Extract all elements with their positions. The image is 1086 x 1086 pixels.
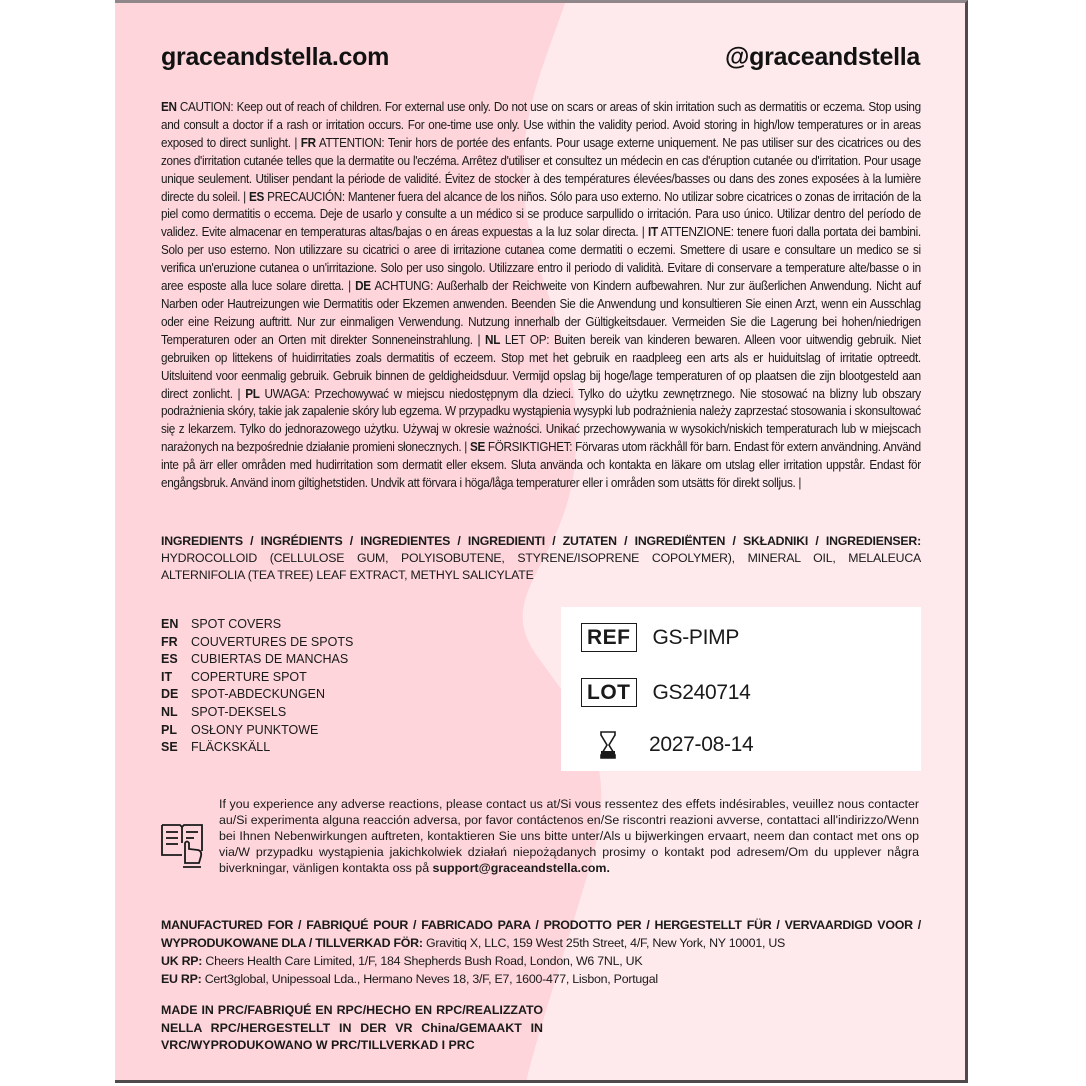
expiry-date: 2027-08-14 bbox=[649, 733, 753, 757]
manufactured-for-line-2: WYPRODUKOWANE DLA / TILLVERKAD FÖR: Grav… bbox=[161, 936, 785, 950]
ingredients-line-2: ALTERNIFOLIA (TEA TREE) LEAF EXTRACT, ME… bbox=[161, 568, 534, 582]
lot-value: GS240714 bbox=[653, 681, 751, 705]
social-handle[interactable]: @graceandstella bbox=[725, 43, 920, 72]
hourglass-icon bbox=[581, 731, 635, 759]
product-name-row: DESPOT-ABDECKUNGEN bbox=[161, 686, 353, 704]
product-name-row: FRCOUVERTURES DE SPOTS bbox=[161, 634, 353, 652]
ref-row: REF GS-PIMP bbox=[581, 623, 739, 652]
ref-symbol: REF bbox=[581, 623, 637, 652]
product-name-row: ESCUBIERTAS DE MANCHAS bbox=[161, 651, 353, 669]
adverse-reactions-text: If you experience any adverse reactions,… bbox=[219, 796, 919, 876]
ref-value: GS-PIMP bbox=[653, 626, 740, 650]
made-in-section: MADE IN PRC/FABRIQUÉ EN RPC/HECHO EN RPC… bbox=[161, 1002, 543, 1055]
made-in-line-1: MADE IN PRC/FABRIQUÉ EN RPC/HECHO EN RPC… bbox=[161, 1002, 543, 1020]
made-in-line-2: NELLA RPC/HERGESTELLT IN DER VR China/GE… bbox=[161, 1020, 543, 1038]
made-in-line-3: VRC/WYPRODUKOWANO W PRC/TILLVERKAD I PRC bbox=[161, 1037, 543, 1055]
product-name-row: ITCOPERTURE SPOT bbox=[161, 669, 353, 687]
uk-rp-line: UK RP: Cheers Health Care Limited, 1/F, … bbox=[161, 954, 642, 968]
product-label: graceandstella.com @graceandstella EN CA… bbox=[115, 0, 968, 1083]
instruction-manual-icon bbox=[160, 821, 206, 874]
product-name-row: ENSPOT COVERS bbox=[161, 616, 353, 634]
manufacturer-section: MANUFACTURED FOR / FABRIQUÉ POUR / FABRI… bbox=[161, 916, 921, 988]
eu-rp-line: EU RP: Cert3global, Unipessoal Lda., Her… bbox=[161, 972, 658, 986]
support-email[interactable]: support@graceandstella.com. bbox=[433, 861, 610, 875]
label-content: graceandstella.com @graceandstella EN CA… bbox=[115, 3, 968, 1083]
product-name-row: NLSPOT-DEKSELS bbox=[161, 704, 353, 722]
manufacturer-address: Gravitiq X, LLC, 159 West 25th Street, 4… bbox=[426, 936, 785, 950]
lot-symbol: LOT bbox=[581, 678, 637, 707]
product-name-row: SEFLÄCKSKÄLL bbox=[161, 739, 353, 757]
ingredients-section: INGREDIENTS / INGRÉDIENTS / INGREDIENTES… bbox=[161, 533, 921, 584]
product-names-list: ENSPOT COVERS FRCOUVERTURES DE SPOTS ESC… bbox=[161, 616, 353, 757]
product-name-row: PLOSŁONY PUNKTOWE bbox=[161, 722, 353, 740]
manufactured-for-heading: MANUFACTURED FOR / FABRIQUÉ POUR / FABRI… bbox=[161, 916, 921, 934]
product-info-box: REF GS-PIMP LOT GS240714 2027-08-14 bbox=[561, 607, 921, 771]
ingredients-heading: INGREDIENTS / INGRÉDIENTS / INGREDIENTES… bbox=[161, 533, 921, 550]
expiry-row: 2027-08-14 bbox=[581, 731, 753, 759]
warnings-text: EN CAUTION: Keep out of reach of childre… bbox=[161, 99, 921, 493]
website-url[interactable]: graceandstella.com bbox=[161, 43, 389, 72]
lot-row: LOT GS240714 bbox=[581, 678, 751, 707]
ingredients-line-1: HYDROCOLLOID (CELLULOSE GUM, POLYISOBUTE… bbox=[161, 550, 921, 567]
